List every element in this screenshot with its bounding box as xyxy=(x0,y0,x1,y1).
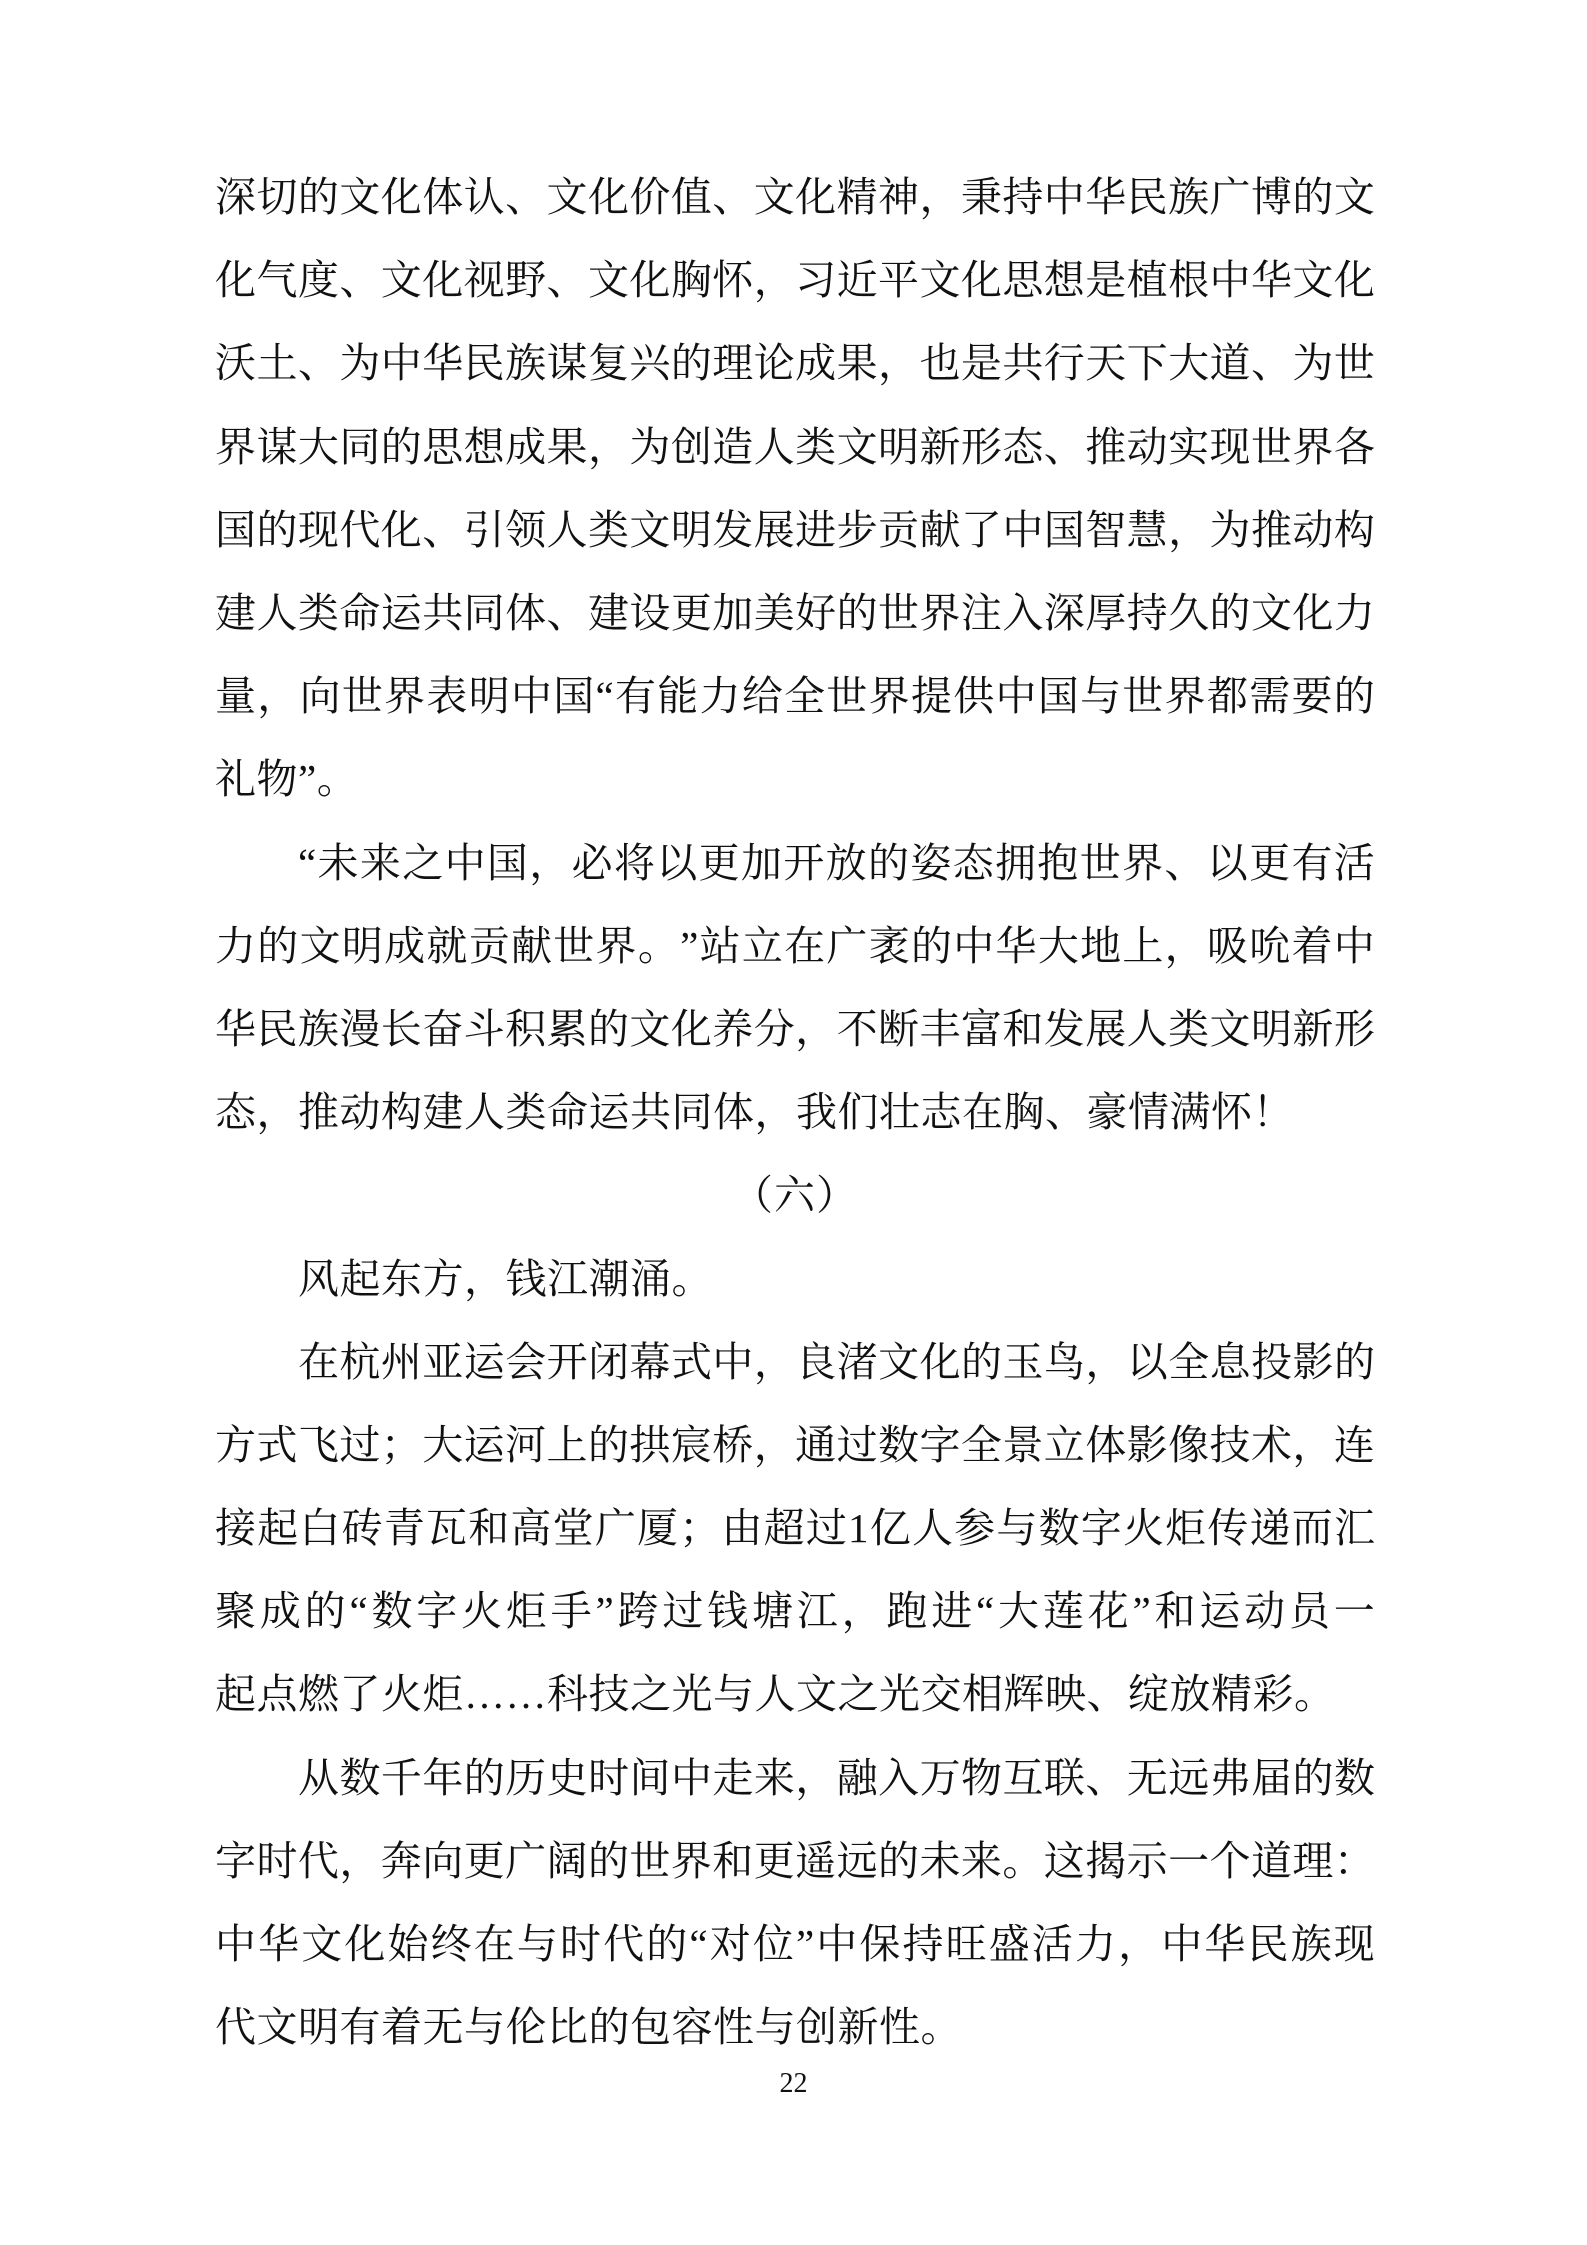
text-line: 沃土、为中华民族谋复兴的理论成果，也是共行天下大道、为世 xyxy=(215,322,1375,405)
text-line: 量，向世界表明中国“有能力给全世界提供中国与世界都需要的 xyxy=(215,655,1375,738)
text-line: 力的文明成就贡献世界。”站立在广袤的中华大地上，吸吮着中 xyxy=(215,905,1375,988)
text-line: 风起东方，钱江潮涌。 xyxy=(215,1237,1375,1320)
text-line: 方式飞过；大运河上的拱宸桥，通过数字全景立体影像技术，连 xyxy=(215,1404,1375,1487)
text-line: “未来之中国，必将以更加开放的姿态拥抱世界、以更有活 xyxy=(215,822,1375,905)
page-body: 深切的文化体认、文化价值、文化精神，秉持中华民族广博的文化气度、文化视野、文化胸… xyxy=(215,156,1375,2069)
text-line: 字时代，奔向更广阔的世界和更遥远的未来。这揭示一个道理： xyxy=(215,1820,1375,1903)
section-heading: （六） xyxy=(215,1154,1375,1237)
text-line: 在杭州亚运会开闭幕式中，良渚文化的玉鸟，以全息投影的 xyxy=(215,1321,1375,1404)
paragraph: 风起东方，钱江潮涌。 xyxy=(215,1237,1375,1320)
text-line: 中华文化始终在与时代的“对位”中保持旺盛活力，中华民族现 xyxy=(215,1903,1375,1986)
paragraph: 从数千年的历史时间中走来，融入万物互联、无远弗届的数字时代，奔向更广阔的世界和更… xyxy=(215,1737,1375,2070)
text-line: 国的现代化、引领人类文明发展进步贡献了中国智慧，为推动构 xyxy=(215,489,1375,572)
text-line: 礼物”。 xyxy=(215,738,1375,821)
text-line: 建人类命运共同体、建设更加美好的世界注入深厚持久的文化力 xyxy=(215,572,1375,655)
paragraph: 深切的文化体认、文化价值、文化精神，秉持中华民族广博的文化气度、文化视野、文化胸… xyxy=(215,156,1375,822)
paragraph: “未来之中国，必将以更加开放的姿态拥抱世界、以更有活力的文明成就贡献世界。”站立… xyxy=(215,822,1375,1155)
document-page: 深切的文化体认、文化价值、文化精神，秉持中华民族广博的文化气度、文化视野、文化胸… xyxy=(0,0,1587,2245)
text-line: 从数千年的历史时间中走来，融入万物互联、无远弗届的数 xyxy=(215,1737,1375,1820)
text-line: 态，推动构建人类命运共同体，我们壮志在胸、豪情满怀！ xyxy=(215,1071,1375,1154)
text-line: 聚成的“数字火炬手”跨过钱塘江，跑进“大莲花”和运动员一 xyxy=(215,1570,1375,1653)
text-line: 界谋大同的思想成果，为创造人类文明新形态、推动实现世界各 xyxy=(215,406,1375,489)
text-line: 华民族漫长奋斗积累的文化养分，不断丰富和发展人类文明新形 xyxy=(215,988,1375,1071)
text-line: 代文明有着无与伦比的包容性与创新性。 xyxy=(215,1986,1375,2069)
paragraph: 在杭州亚运会开闭幕式中，良渚文化的玉鸟，以全息投影的方式飞过；大运河上的拱宸桥，… xyxy=(215,1321,1375,1737)
text-line: 化气度、文化视野、文化胸怀，习近平文化思想是植根中华文化 xyxy=(215,239,1375,322)
page-number: 22 xyxy=(0,2068,1587,2100)
text-line: 起点燃了火炬……科技之光与人文之光交相辉映、绽放精彩。 xyxy=(215,1653,1375,1736)
text-line: 深切的文化体认、文化价值、文化精神，秉持中华民族广博的文 xyxy=(215,156,1375,239)
text-line: 接起白砖青瓦和高堂广厦；由超过1亿人参与数字火炬传递而汇 xyxy=(215,1487,1375,1570)
